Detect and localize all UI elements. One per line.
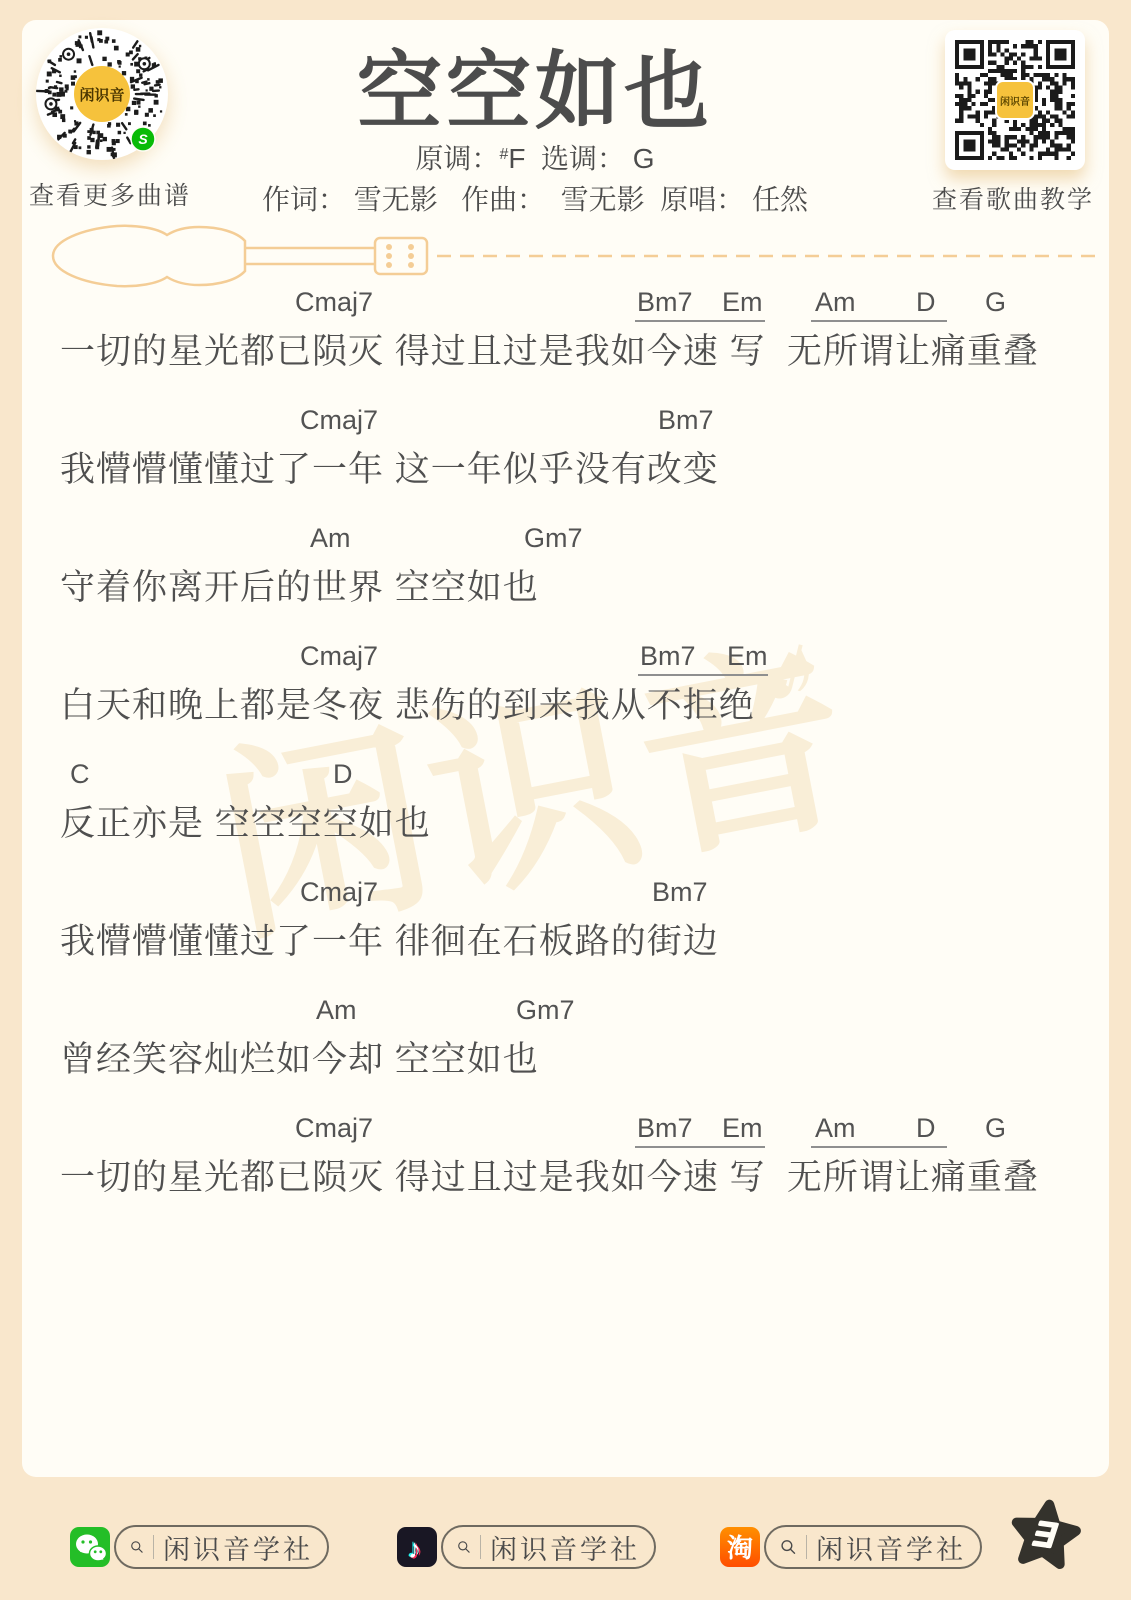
qr-brand-badge: 闲识音	[74, 66, 130, 122]
tiktok-icon[interactable]: ♪ ♪ ♪	[397, 1527, 437, 1567]
chord-label: Bm7	[658, 405, 714, 436]
lyric-text: 守着你离开后的世界 空空如也	[60, 560, 539, 610]
chord-row: Cmaj7Bm7EmAmDG	[0, 1113, 1131, 1153]
pill-divider	[480, 1535, 481, 1559]
chord-label: D	[916, 1113, 936, 1144]
chord-label: D	[333, 759, 353, 790]
chord-label: Em	[722, 287, 763, 318]
chord-label: D	[916, 287, 936, 318]
left-qr-code: 闲识音 S	[34, 26, 170, 162]
chord-label: Gm7	[524, 523, 583, 554]
chord-label: G	[985, 287, 1006, 318]
chord-underline	[638, 674, 768, 676]
chord-label: Bm7	[652, 877, 708, 908]
original-key-label: 原调：	[415, 143, 499, 174]
lyric-line: CD 反正亦是 空空空空如也	[0, 759, 1131, 877]
svg-text:S: S	[138, 131, 148, 147]
qr-brand-label: 闲识音	[79, 84, 124, 105]
credits-line: 作词： 雪无影 作曲： 雪无影 原唱： 任然	[150, 178, 920, 218]
lyric-line: Cmaj7Bm7EmAmDG 一切的星光都已陨灭 得过且过是我如今速 写 无所谓…	[0, 287, 1131, 405]
pill-divider	[153, 1535, 154, 1559]
svg-text:♪: ♪	[408, 1534, 422, 1564]
chord-label: Cmaj7	[300, 641, 378, 672]
wechat-search-pill[interactable]: 闲识音学社	[114, 1525, 329, 1569]
chord-label: Bm7	[637, 1113, 693, 1144]
taobao-search-pill[interactable]: 闲识音学社	[764, 1525, 982, 1569]
search-icon	[457, 1535, 471, 1559]
douyin-search-pill[interactable]: 闲识音学社	[441, 1525, 656, 1569]
wechat-miniprogram-icon: S	[130, 126, 156, 152]
lyric-text: 我懵懵懂懂过了一年 这一年似乎没有改变	[60, 442, 719, 492]
lyric-text: 白天和晚上都是冬夜 悲伤的到来我从不拒绝	[60, 678, 755, 728]
qr-brand-badge: 闲识音	[995, 80, 1035, 120]
guitar-icon	[53, 226, 245, 286]
chord-underline	[635, 1146, 765, 1148]
svg-text:淘: 淘	[727, 1533, 753, 1563]
qr-brand-label: 闲识音	[1000, 93, 1030, 108]
lyric-line: Cmaj7Bm7Em 白天和晚上都是冬夜 悲伤的到来我从不拒绝	[0, 641, 1131, 759]
sharp-sign: #	[499, 146, 508, 163]
wechat-search-text: 闲识音学社	[163, 1528, 313, 1567]
chord-label: Am	[310, 523, 351, 554]
right-qr-caption: 查看歌曲教学	[928, 180, 1098, 216]
chord-underline	[635, 320, 765, 322]
search-icon	[130, 1535, 144, 1559]
lyric-line: Cmaj7Bm7EmAmDG 一切的星光都已陨灭 得过且过是我如今速 写 无所谓…	[0, 1113, 1131, 1231]
right-qr-code: 闲识音	[945, 30, 1085, 170]
chord-label: Cmaj7	[295, 287, 373, 318]
chord-label: Am	[316, 995, 357, 1026]
lyric-text: 曾经笑容灿烂如今却 空空如也	[60, 1032, 539, 1082]
chord-underline	[811, 1146, 947, 1148]
lyrics-area: Cmaj7Bm7EmAmDG 一切的星光都已陨灭 得过且过是我如今速 写 无所谓…	[0, 287, 1131, 1231]
pill-divider	[806, 1535, 807, 1559]
chord-row: Cmaj7Bm7	[0, 405, 1131, 445]
douyin-search-text: 闲识音学社	[490, 1528, 640, 1567]
selected-key-label: F 选调： G	[508, 143, 654, 174]
lyric-text: 一切的星光都已陨灭 得过且过是我如今速 写 无所谓让痛重叠	[60, 1150, 1039, 1200]
chord-label: Cmaj7	[295, 1113, 373, 1144]
star-logo-icon	[1008, 1499, 1082, 1573]
chord-row: Cmaj7Bm7EmAmDG	[0, 287, 1131, 327]
chord-row: Cmaj7Bm7Em	[0, 641, 1131, 681]
chord-label: Gm7	[516, 995, 575, 1026]
chord-label: Bm7	[640, 641, 696, 672]
lyric-line: Cmaj7Bm7 我懵懵懂懂过了一年 徘徊在石板路的街边	[0, 877, 1131, 995]
lyric-text: 反正亦是 空空空空如也	[60, 796, 431, 846]
chord-label: Cmaj7	[300, 405, 378, 436]
chord-label: Bm7	[637, 287, 693, 318]
chord-row: AmGm7	[0, 523, 1131, 563]
guitar-divider	[45, 224, 1101, 288]
chord-label: Cmaj7	[300, 877, 378, 908]
key-info: 原调：#F 选调： G	[190, 137, 880, 177]
lyric-line: Cmaj7Bm7 我懵懵懂懂过了一年 这一年似乎没有改变	[0, 405, 1131, 523]
taobao-icon[interactable]: 淘	[720, 1527, 760, 1567]
chord-label: G	[985, 1113, 1006, 1144]
wechat-icon[interactable]	[70, 1527, 110, 1567]
song-title: 空空如也	[190, 24, 880, 146]
chord-label: C	[70, 759, 90, 790]
search-icon	[780, 1535, 797, 1559]
lyric-text: 一切的星光都已陨灭 得过且过是我如今速 写 无所谓让痛重叠	[60, 324, 1039, 374]
chord-label: Am	[815, 1113, 856, 1144]
lyric-line: AmGm7 守着你离开后的世界 空空如也	[0, 523, 1131, 641]
lyric-line: AmGm7 曾经笑容灿烂如今却 空空如也	[0, 995, 1131, 1113]
chord-row: CD	[0, 759, 1131, 799]
taobao-search-text: 闲识音学社	[816, 1528, 966, 1567]
chord-label: Em	[722, 1113, 763, 1144]
chord-label: Am	[815, 287, 856, 318]
lyric-text: 我懵懵懂懂过了一年 徘徊在石板路的街边	[60, 914, 719, 964]
footer-bar: 闲识音学社 ♪ ♪ ♪ 闲识音学社 淘	[0, 1477, 1131, 1600]
chord-underline	[811, 320, 947, 322]
chord-row: Cmaj7Bm7	[0, 877, 1131, 917]
chord-row: AmGm7	[0, 995, 1131, 1035]
chord-label: Em	[727, 641, 768, 672]
